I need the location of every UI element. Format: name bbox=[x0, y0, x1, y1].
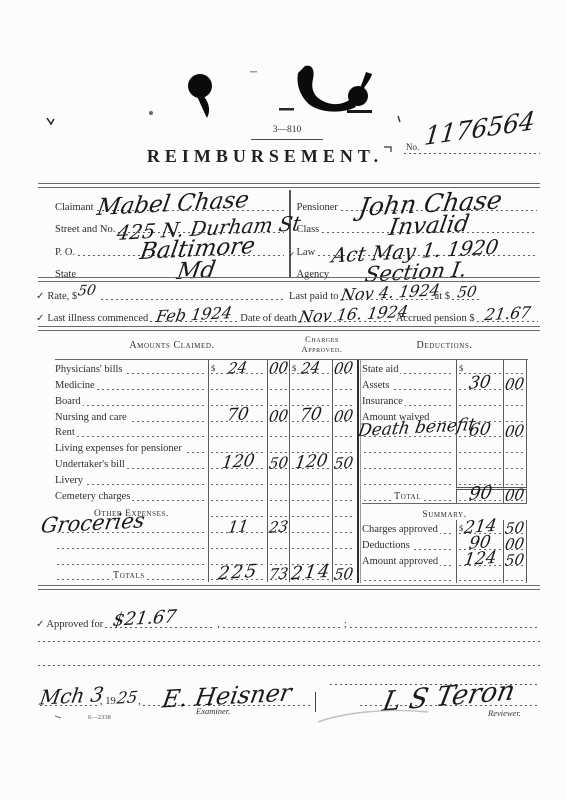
deductions-total-cents: 00 bbox=[504, 487, 525, 504]
claimed-cents: 50 bbox=[268, 455, 289, 472]
claimed-cents: 00 bbox=[268, 360, 289, 377]
approved-value: 70 bbox=[299, 406, 323, 425]
totals-row: Totals 225 73 214 50 bbox=[55, 567, 355, 583]
claimed-value: 120 bbox=[221, 453, 256, 472]
blank-row bbox=[362, 471, 527, 487]
table-row: Rent bbox=[55, 424, 355, 440]
signature-year: 25 bbox=[115, 689, 138, 706]
row-label: Amount approved bbox=[362, 556, 440, 568]
rate-label: Rate, $ bbox=[47, 291, 77, 302]
po-label: P. O. bbox=[55, 247, 75, 258]
deduction-row: Assets 30 00 bbox=[362, 376, 527, 392]
accrued-value: 21.67 bbox=[475, 304, 539, 323]
accrued-label: Accrued pension $ bbox=[396, 313, 475, 324]
claimed-total: 225 bbox=[217, 563, 260, 584]
deductions-section: State aid $ Assets 30 00 Insurance Amoun… bbox=[362, 360, 527, 583]
approved-total: 214 bbox=[290, 563, 333, 584]
claimed-header: Amounts Claimed. bbox=[55, 340, 289, 351]
claimed-value: 24 bbox=[227, 360, 248, 377]
print-code: 6—2338 bbox=[88, 714, 111, 721]
last-paid-label: Last paid to bbox=[289, 291, 339, 302]
row-label: Cemetery charges bbox=[55, 491, 132, 503]
pensioner-label: Pensioner bbox=[297, 202, 338, 213]
last-paid-value: Nov 4. 1924 bbox=[339, 283, 433, 304]
comma: , bbox=[138, 696, 141, 707]
fold-divider bbox=[355, 360, 362, 583]
row-label: Undertaker's bill bbox=[55, 459, 127, 471]
claimant-column: Claimant Mabel Chase Street and No. 425 … bbox=[55, 190, 287, 278]
table-row: Livery bbox=[55, 471, 355, 487]
row-label: Physicians' bills bbox=[55, 364, 125, 376]
pensioner-column: ✓ Pensioner John Chase Class Invalid Law… bbox=[297, 190, 541, 278]
row-label: Insurance bbox=[362, 396, 405, 408]
claimant-row: Claimant Mabel Chase bbox=[55, 190, 287, 213]
deduction-cents: 00 bbox=[504, 424, 525, 441]
signature-date: Mch 3 bbox=[38, 684, 99, 707]
row-label: Medicine bbox=[55, 380, 97, 392]
at-rate-value: 50 bbox=[451, 284, 483, 301]
approved-cents: 50 bbox=[333, 455, 354, 472]
po-row: P. O. Baltimore bbox=[55, 235, 287, 258]
death-label: Date of death bbox=[240, 313, 297, 324]
law-row: Law Act May 1. 1920 bbox=[297, 235, 541, 258]
totals-label: Totals bbox=[113, 570, 147, 582]
last-illness-row: ✓ Last illness commenced Feb 1924 Date o… bbox=[36, 306, 540, 324]
street-label: Street and No. bbox=[55, 224, 115, 235]
separator-comma: , bbox=[217, 619, 220, 630]
table-row: Nursing and care 70 00 70 00 bbox=[55, 408, 355, 424]
approved-for-row: ✓ Approved for $21.67 , ; bbox=[36, 610, 540, 630]
row-label: Nursing and care bbox=[55, 412, 129, 424]
claimed-value: 11 bbox=[227, 518, 250, 536]
blank-row bbox=[362, 439, 527, 455]
row-label: Livery bbox=[55, 475, 85, 487]
page-title: REIMBURSEMENT. bbox=[90, 146, 440, 167]
summary-cents: 50 bbox=[504, 552, 525, 569]
serial-number-value: 1176564 bbox=[423, 108, 536, 149]
scanned-reimbursement-form: 3—810 No. 1176564 REIMBURSEMENT. Claiman… bbox=[0, 0, 566, 800]
summary-header-row: Summary. bbox=[362, 503, 527, 520]
dollar-sign: $ bbox=[459, 363, 463, 373]
claimed-section: Physicians' bills $24 00 $24 00 Medicine… bbox=[55, 360, 355, 583]
examiner-label: Examiner. bbox=[196, 706, 230, 716]
expense-table: Amounts Claimed. Charges Approved. Deduc… bbox=[55, 331, 528, 583]
illness-label: Last illness commenced bbox=[47, 313, 148, 324]
table-row: Medicine bbox=[55, 376, 355, 392]
deductions-header: Deductions. bbox=[362, 340, 527, 351]
deduction-row: State aid $ bbox=[362, 360, 527, 376]
deduction-cents: 00 bbox=[504, 376, 525, 393]
signature-row: Mch 3 , 19 25 , E. Heisner L S Teron bbox=[38, 686, 540, 720]
deduction-row: Insurance bbox=[362, 392, 527, 408]
other-expense-entry: Groceries bbox=[39, 510, 146, 537]
summary-row: Amount approved 124 50 bbox=[362, 552, 527, 568]
approved-value: 24 bbox=[300, 360, 321, 377]
blank-row bbox=[362, 568, 527, 584]
checkmark-icon: ✓ bbox=[36, 619, 44, 630]
row-label: Rent bbox=[55, 427, 77, 439]
deductions-total: 90 bbox=[467, 484, 492, 504]
table-row: Cemetery charges bbox=[55, 487, 355, 503]
approved-cents: 00 bbox=[333, 408, 354, 425]
row-label: Board bbox=[55, 396, 83, 408]
approved-for-label: Approved for bbox=[46, 619, 103, 630]
row-label: Living expenses for pensioner bbox=[55, 443, 184, 455]
row-label: Assets bbox=[362, 380, 391, 392]
row-label: Charges approved bbox=[362, 524, 440, 536]
table-row: Physicians' bills $24 00 $24 00 bbox=[55, 360, 355, 376]
class-row: Class Invalid bbox=[297, 213, 541, 236]
reviewer-label: Reviewer. bbox=[488, 708, 521, 718]
dollar-sign: $ bbox=[292, 363, 296, 373]
blank-line bbox=[38, 641, 540, 642]
street-row: Street and No. 425 N. Durham St bbox=[55, 213, 287, 236]
law-label: Law bbox=[297, 247, 316, 258]
approved-header: Charges Approved. bbox=[289, 335, 355, 355]
summary-row: Charges approved $214 50 bbox=[362, 520, 527, 536]
deductions-total-row: Total 90 00 bbox=[362, 487, 527, 503]
blank-row bbox=[55, 535, 355, 551]
deduction-value: 30 bbox=[468, 374, 492, 393]
rule bbox=[38, 585, 540, 590]
divider-tick bbox=[315, 692, 317, 712]
claimed-value: 70 bbox=[226, 406, 250, 425]
table-row: Undertaker's bill 120 50 120 50 bbox=[55, 455, 355, 471]
total-label: Total bbox=[394, 491, 423, 503]
table-header: Amounts Claimed. Charges Approved. Deduc… bbox=[55, 331, 528, 360]
approved-total-cents: 50 bbox=[333, 567, 354, 584]
claimed-cents: 23 bbox=[268, 519, 289, 536]
parties-block: Claimant Mabel Chase Street and No. 425 … bbox=[55, 190, 540, 278]
form-number-text: 3—810 bbox=[273, 125, 302, 135]
pensioner-row: Pensioner John Chase bbox=[297, 190, 541, 213]
checkmark-icon: ✓ bbox=[36, 313, 44, 324]
illness-value: Feb 1924 bbox=[149, 305, 239, 326]
row-label: State aid bbox=[362, 364, 400, 376]
death-value: Nov 16. 1924 bbox=[298, 304, 395, 325]
row-label: Deductions bbox=[362, 540, 412, 552]
table-row: Groceries 11 23 bbox=[55, 519, 355, 535]
separator-semicolon: ; bbox=[344, 619, 347, 630]
class-label: Class bbox=[297, 224, 320, 235]
summary-row: Deductions 90 00 bbox=[362, 536, 527, 552]
approved-cents: 00 bbox=[333, 360, 354, 377]
deduction-row: Death benefit 60 00 bbox=[362, 424, 527, 440]
form-number: 3—810 bbox=[251, 119, 323, 140]
claimed-cents: 00 bbox=[268, 408, 289, 425]
checkmark-icon: ✓ bbox=[36, 291, 44, 302]
summary-value: 124 bbox=[463, 549, 498, 568]
summary-header: Summary. bbox=[422, 510, 466, 520]
blank-row bbox=[362, 455, 527, 471]
checkmark-icon: ✓ bbox=[289, 250, 296, 259]
approved-amount: $21.67 bbox=[112, 606, 217, 630]
dollar-sign: $ bbox=[211, 363, 215, 373]
rule bbox=[38, 277, 540, 282]
claimed-total-cents: 73 bbox=[268, 567, 289, 584]
rate-row: ✓ Rate, $ 50 Last paid to Nov 4. 1924 at… bbox=[36, 284, 540, 302]
rate-value: 50 bbox=[77, 283, 97, 298]
approved-value: 120 bbox=[294, 453, 329, 472]
blank-line bbox=[38, 665, 540, 666]
claimant-label: Claimant bbox=[55, 202, 94, 213]
